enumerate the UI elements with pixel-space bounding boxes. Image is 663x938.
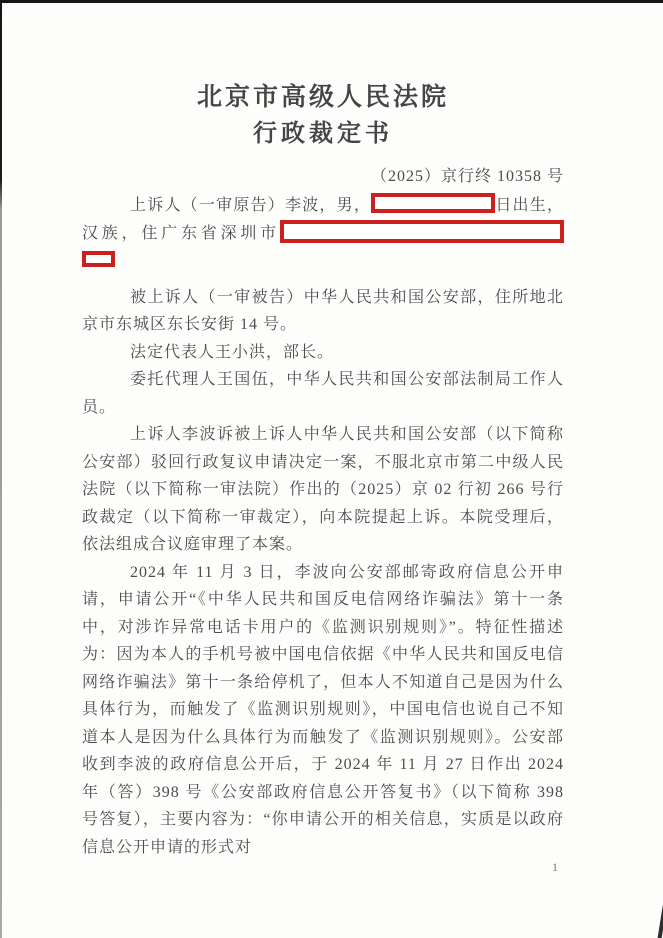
- document-type-title: 行政裁定书: [82, 118, 564, 150]
- scan-edge-left: [0, 0, 2, 938]
- paragraph-appellee-info: 被上诉人（一审被告）中华人民共和国公安部，住所地北京市东城区东长安街 14 号。: [82, 284, 564, 339]
- paragraph-appellant-info: 上诉人（一审原告）李波，男，日出生，汉族，住广东省深圳市: [82, 192, 564, 275]
- redaction-box: [371, 193, 495, 213]
- scan-edge-top: [0, 0, 663, 3]
- document-body: 上诉人（一审原告）李波，男，日出生，汉族，住广东省深圳市 被上诉人（一审被告）中…: [82, 192, 564, 861]
- redaction-box: [82, 251, 115, 267]
- paragraph-authorized-agent: 委托代理人王国伍，中华人民共和国公安部法制局工作人员。: [82, 366, 564, 421]
- document-content: 北京市高级人民法院 行政裁定书 （2025）京行终 10358 号 上诉人（一审…: [82, 82, 564, 861]
- scan-corner-mark: [657, 904, 663, 938]
- paragraph-case-facts: 2024 年 11 月 3 日，李波向公安部邮寄政府信息公开申请，申请公开“《中…: [82, 559, 564, 862]
- paragraph-case-procedure: 上诉人李波诉被上诉人中华人民共和国公安部（以下简称公安部）驳回行政复议申请决定一…: [82, 421, 564, 559]
- scanned-court-document: 北京市高级人民法院 行政裁定书 （2025）京行终 10358 号 上诉人（一审…: [0, 0, 663, 938]
- page-number: 1: [552, 860, 558, 875]
- paragraph-legal-representative: 法定代表人王小洪，部长。: [82, 339, 564, 367]
- court-name-title: 北京市高级人民法院: [82, 82, 564, 114]
- case-number: （2025）京行终 10358 号: [82, 166, 564, 188]
- redaction-box: [280, 220, 564, 243]
